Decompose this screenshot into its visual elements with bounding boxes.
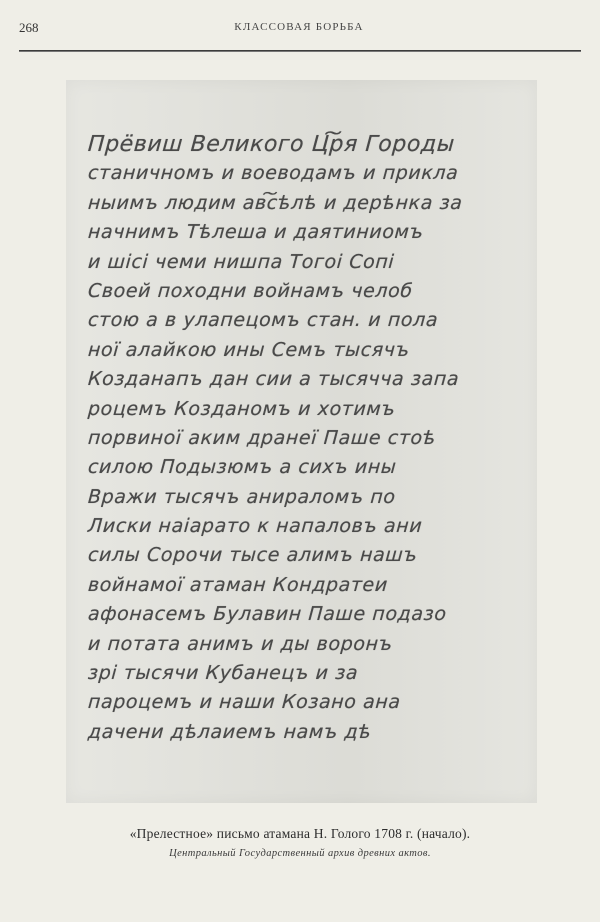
manuscript-line: силы Сорочи тысе алимъ нашъ (87, 541, 529, 570)
manuscript-line: силою Подызюмъ а сихъ ины (87, 453, 529, 482)
header-rule (19, 50, 581, 52)
manuscript-line: станичномъ и воеводамъ и прикла (87, 159, 529, 188)
manuscript-line: войнамої атаман Кондратеи (87, 571, 529, 600)
manuscript-line: и шісі чеми нишпа Тогоі Сопі (87, 248, 529, 277)
running-head: 268 КЛАССОВАЯ БОРЬБА (19, 20, 579, 42)
section-title: КЛАССОВАЯ БОРЬБА (19, 21, 579, 33)
manuscript-line: стою а в улапецомъ стан. и пола (87, 306, 529, 335)
manuscript-line: и потата анимъ и ды воронъ (87, 630, 529, 659)
manuscript-line: Козданапъ дан сии а тысячча запа (87, 365, 529, 394)
manuscript-line: дачени дѣлаиемъ намъ дѣ (87, 718, 529, 747)
caption-title: «Прелестное» письмо атамана Н. Голого 17… (0, 826, 600, 842)
manuscript-line: порвиної аким дранеї Паше стоѣ (87, 424, 529, 453)
manuscript-line: начнимъ Тѣлеша и даятиниомъ (87, 218, 529, 247)
manuscript-line: ныимъ людим ав͠сѣлѣ и дерѣнка за (87, 189, 529, 218)
manuscript-line: афонасемъ Булавин Паше подазо (87, 600, 529, 629)
manuscript-line: Лиски наіарато к напаловъ ани (87, 512, 529, 541)
manuscript-text: Прёвиш Великого Ц͠ря Городы станичномъ и… (88, 130, 528, 747)
manuscript-facsimile-image: Прёвиш Великого Ц͠ря Городы станичномъ и… (66, 80, 537, 803)
figure-caption: «Прелестное» письмо атамана Н. Голого 17… (0, 826, 600, 859)
manuscript-line: Прёвиш Великого Ц͠ря Городы (87, 130, 529, 159)
manuscript-line: Вражи тысячъ анираломъ по (87, 483, 529, 512)
manuscript-line: ної алайкою ины Семъ тысячъ (87, 336, 529, 365)
manuscript-line: Своей походни войнамъ челоб (87, 277, 529, 306)
manuscript-line: роцемъ Козданомъ и хотимъ (87, 395, 529, 424)
caption-source: Центральный Государственный архив древни… (0, 848, 600, 859)
manuscript-line: зрі тысячи Кубанецъ и за (87, 659, 529, 688)
manuscript-line: пароцемъ и наши Козано ана (87, 688, 529, 717)
